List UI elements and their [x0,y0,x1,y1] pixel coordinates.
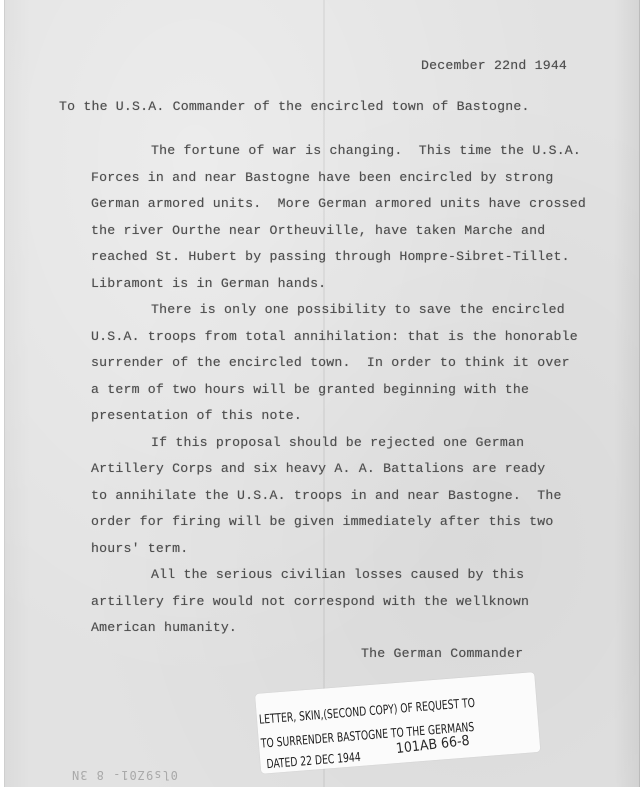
letter-signature: The German Commander [361,646,523,661]
text-line: surrender of the encircled town. In orde… [91,350,586,377]
text-line: All the serious civilian losses caused b… [91,562,586,589]
text-line: to annihilate the U.S.A. troops in and n… [91,483,586,510]
text-line: German armored units. More German armore… [91,191,586,218]
faint-stamp-mark: 0ls9Z01- 8 3N [71,768,178,782]
text-line: order for firing will be given immediate… [91,509,586,536]
paragraph-3: If this proposal should be rejected one … [91,430,586,563]
letter-salutation: To the U.S.A. Commander of the encircled… [59,99,530,114]
paragraph-2: There is only one possibility to save th… [91,297,586,430]
text-line: U.S.A. troops from total annihilation: t… [91,324,586,351]
archive-label-line-3: DATED 22 DEC 1944 [266,749,361,771]
text-line: Forces in and near Bastogne have been en… [91,165,586,192]
letter-date: December 22nd 1944 [421,58,567,73]
text-line: artillery fire would not correspond with… [91,589,586,616]
paragraph-4: All the serious civilian losses caused b… [91,562,586,642]
text-line: a term of two hours will be granted begi… [91,377,586,404]
text-line: Libramont is in German hands. [91,271,586,298]
letter-body: The fortune of war is changing. This tim… [91,138,586,642]
text-line: the river Ourthe near Ortheuville, have … [91,218,586,245]
text-line: American humanity. [91,615,586,642]
letter-paper: December 22nd 1944 To the U.S.A. Command… [4,0,640,787]
text-line: The fortune of war is changing. This tim… [91,138,586,165]
archive-label: LETTER, SKIN,(SECOND COPY) OF REQUEST TO… [255,672,540,774]
paragraph-1: The fortune of war is changing. This tim… [91,138,586,297]
text-line: presentation of this note. [91,403,586,430]
text-line: If this proposal should be rejected one … [91,430,586,457]
text-line: Artillery Corps and six heavy A. A. Batt… [91,456,586,483]
text-line: reached St. Hubert by passing through Ho… [91,244,586,271]
text-line: hours' term. [91,536,586,563]
text-line: There is only one possibility to save th… [91,297,586,324]
